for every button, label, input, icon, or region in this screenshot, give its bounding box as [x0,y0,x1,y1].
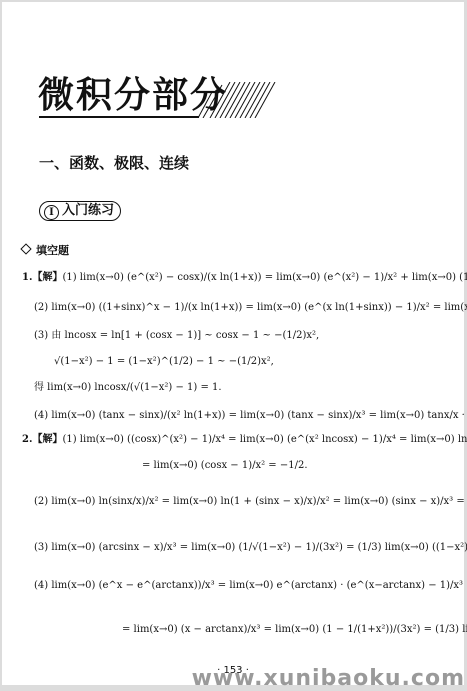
problem-1: 1.【解】(1) lim(x→0) (e^(x²) − cosx)/(x ln(… [22,272,452,432]
problem-2-line-5: (4) lim(x→0) (e^x − e^(arctanx))/x³ = li… [34,580,467,592]
subsection-badge: Ⅰ入门练习 [39,201,121,221]
section-title: 一、函数、极限、连续 [39,152,189,173]
problem-number: 2. [22,434,32,445]
problem-2: 2.【解】(1) lim(x→0) ((cosx)^(x²) − 1)/x⁴ =… [22,434,452,664]
chapter-underline [39,116,199,118]
solution-tag: 【解】 [32,434,62,445]
problem-1-line-5: 得 lim(x→0) lncosx/(√(1−x²) − 1) = 1. [34,382,222,394]
question-type-label: 填空题 [36,244,69,257]
problem-1-line-3: (3) 由 lncosx = ln[1 + (cosx − 1)] ~ cosx… [34,330,319,342]
document-page: 微积分部分 一、函数、极限、连续 Ⅰ入门练习 填空题 1.【解】(1) lim(… [2,2,464,685]
watermark: www.xunibaoku.com [192,666,465,691]
math-line: (1) lim(x→0) ((cosx)^(x²) − 1)/x⁴ = lim(… [62,434,467,445]
problem-1-line-4: √(1−x²) − 1 = (1−x²)^(1/2) − 1 ~ −(1/2)x… [54,356,274,368]
diamond-icon [20,243,31,254]
subsection-number: Ⅰ [44,205,59,220]
math-line: (1) lim(x→0) (e^(x²) − cosx)/(x ln(1+x))… [62,272,467,283]
problem-2-line-6: = lim(x→0) (x − arctanx)/x³ = lim(x→0) (… [122,624,467,636]
problem-2-line-1: 2.【解】(1) lim(x→0) ((cosx)^(x²) − 1)/x⁴ =… [22,434,467,446]
question-type-heading: 填空题 [22,242,69,258]
solution-tag: 【解】 [32,272,62,283]
problem-number: 1. [22,272,32,283]
subsection-label: 入门练习 [62,203,114,218]
problem-1-line-2: (2) lim(x→0) ((1+sinx)^x − 1)/(x ln(1+x)… [34,302,467,314]
problem-1-line-1: 1.【解】(1) lim(x→0) (e^(x²) − cosx)/(x ln(… [22,272,467,284]
decorative-hatch-icon [198,82,278,118]
problem-2-line-4: (3) lim(x→0) (arcsinx − x)/x³ = lim(x→0)… [34,542,467,554]
problem-2-line-3: (2) lim(x→0) ln(sinx/x)/x² = lim(x→0) ln… [34,496,467,508]
problem-1-line-6: (4) lim(x→0) (tanx − sinx)/(x² ln(1+x)) … [34,410,467,422]
problem-2-line-2: = lim(x→0) (cosx − 1)/x² = −1/2. [142,460,308,472]
